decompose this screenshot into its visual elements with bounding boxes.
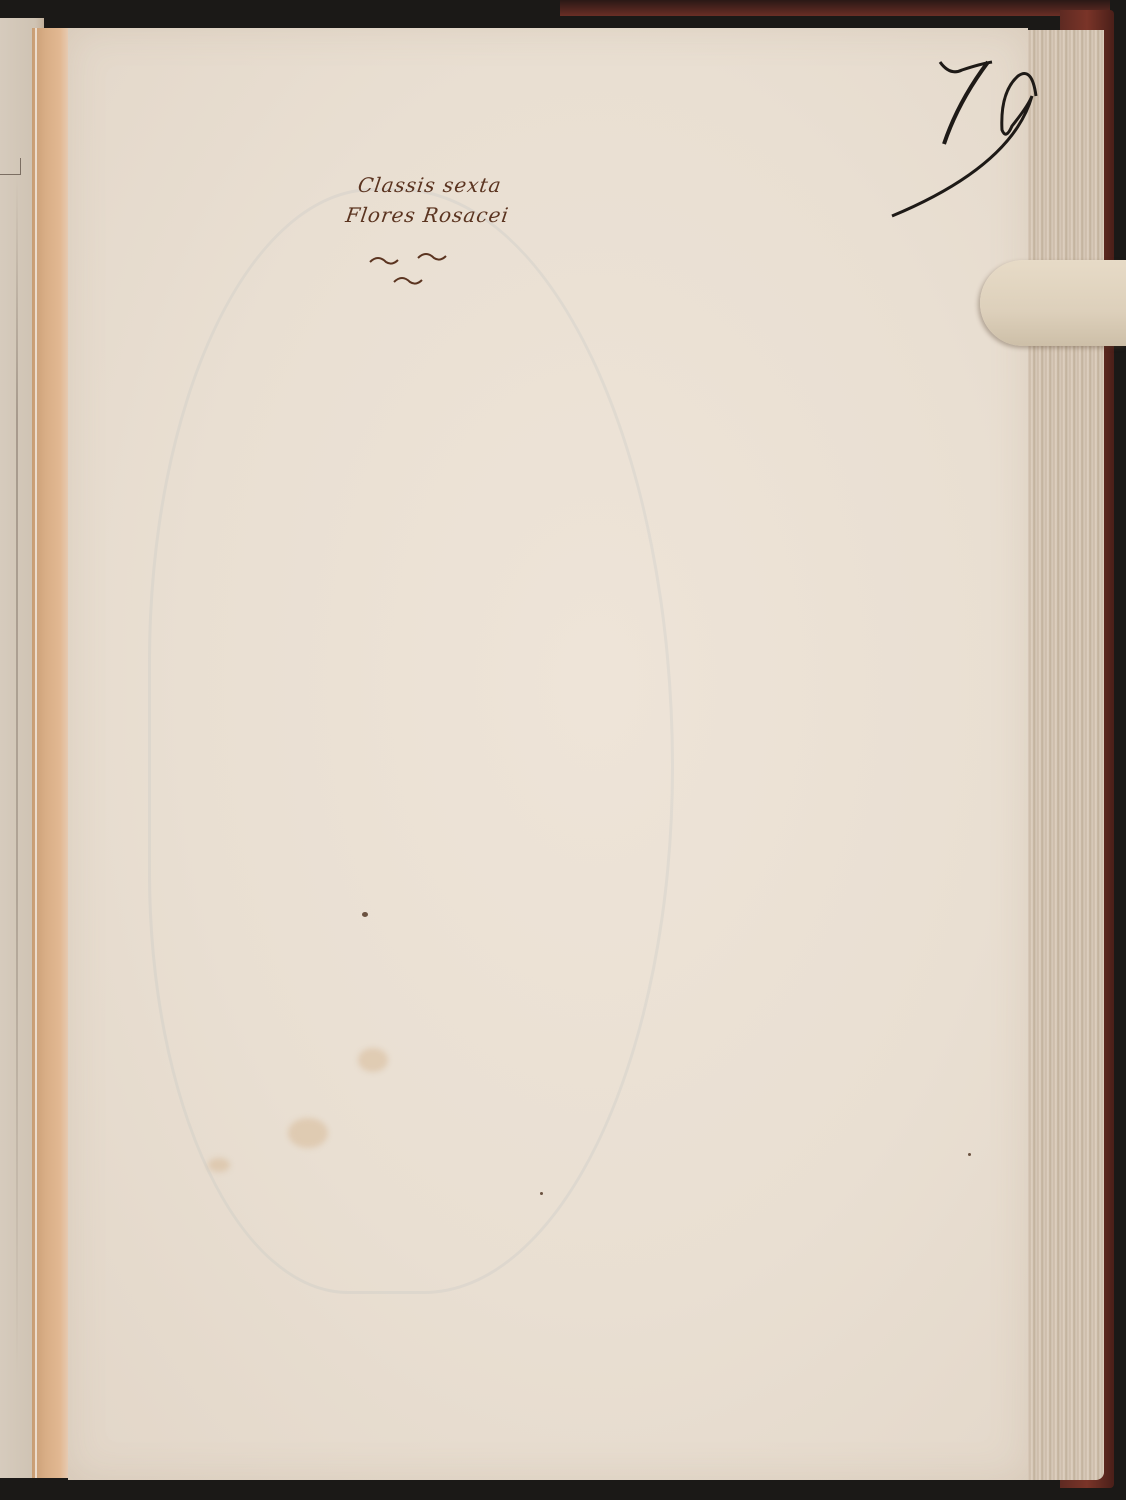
foxing-stain — [288, 1118, 328, 1148]
foxing-stain — [358, 1048, 388, 1072]
ink-spot — [362, 912, 368, 917]
faint-show-through-drawing — [148, 188, 674, 1294]
heading-line-1: Classis sexta — [348, 170, 612, 200]
binding-top-edge — [560, 0, 1110, 16]
page-heading: Classis sexta Flores Rosacei — [344, 170, 612, 230]
bone-folder-bookmark — [980, 260, 1126, 346]
gutter-stain — [32, 28, 72, 1478]
open-book: Classis sexta Flores Rosacei — [0, 0, 1126, 1500]
manuscript-page: Classis sexta Flores Rosacei — [68, 28, 1028, 1480]
heading-line-2: Flores Rosacei — [344, 200, 608, 230]
foxing-stain — [208, 1158, 230, 1172]
left-page-label-fragment — [0, 158, 21, 175]
folio-number — [888, 42, 1038, 222]
folio-number-glyph-icon — [888, 42, 1038, 222]
gutter-crease — [35, 28, 37, 1478]
left-page-pencil-line — [16, 178, 18, 1378]
ink-spot — [968, 1153, 971, 1156]
ornament-flourish-icon — [368, 246, 468, 306]
ink-spot — [540, 1192, 543, 1195]
